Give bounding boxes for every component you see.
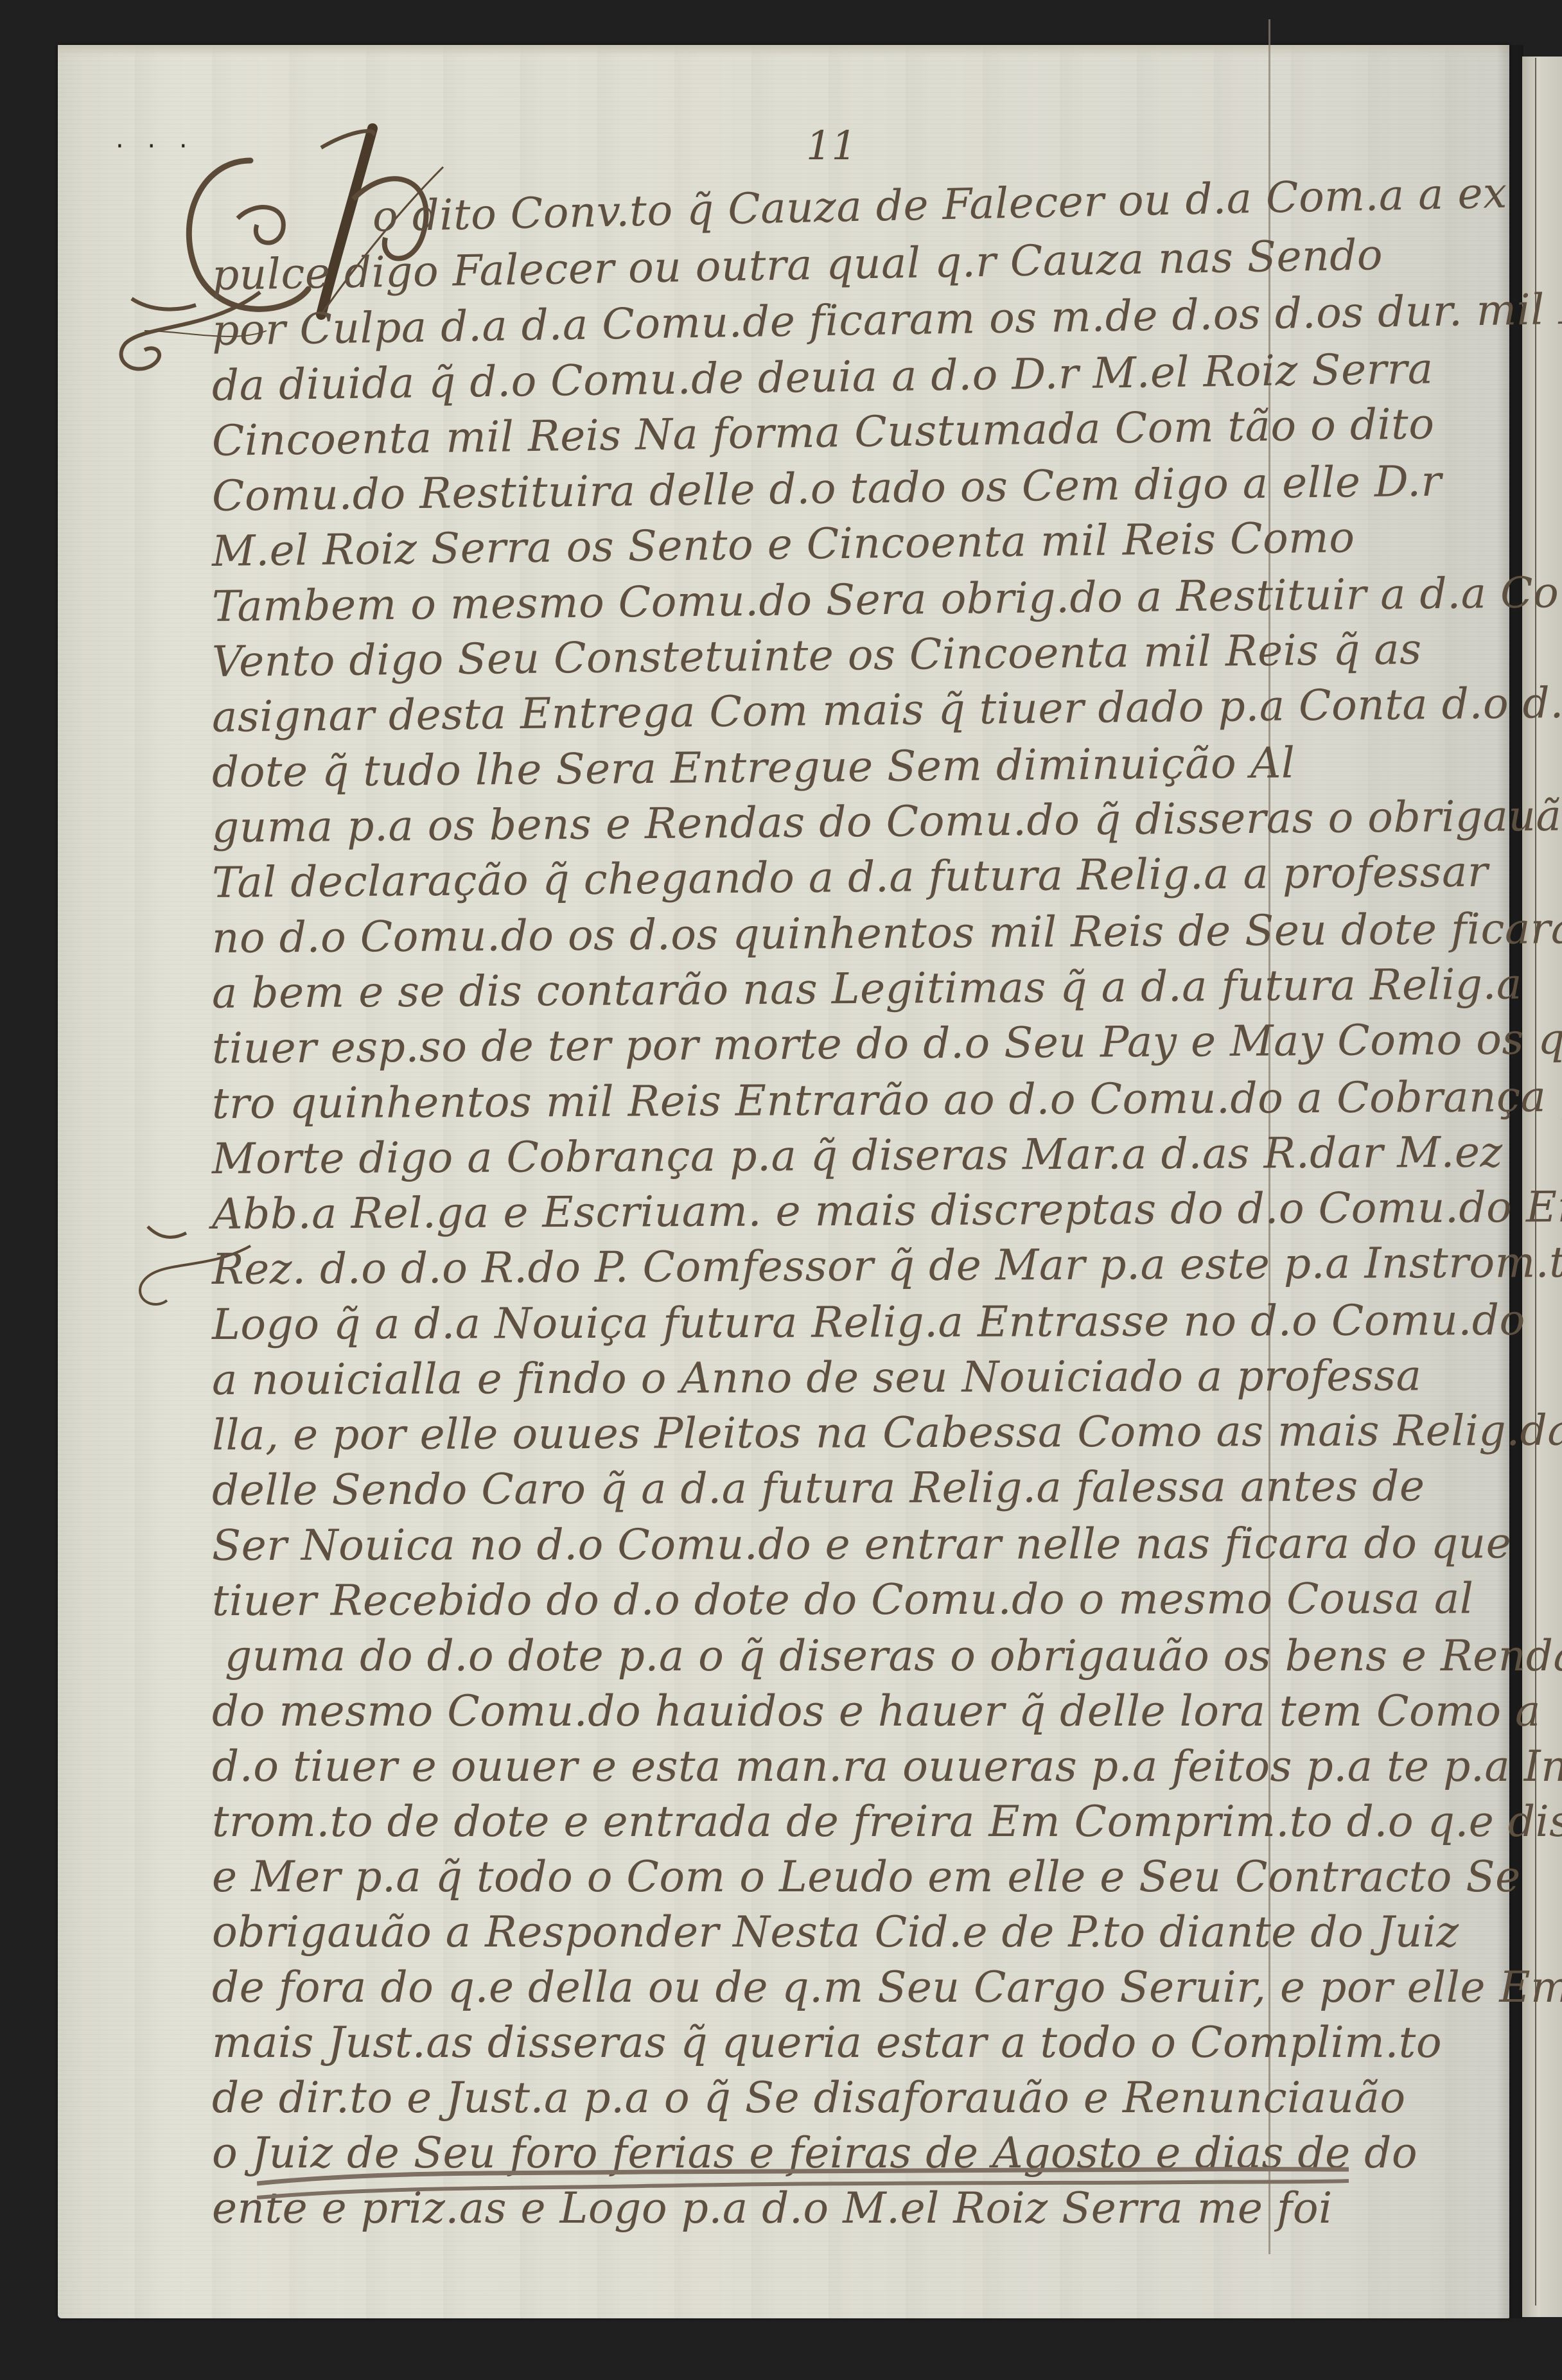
text-line: do mesmo Comu.do hauidos e hauer q̃ dell… [212,1684,1278,1739]
text-line: trom.to de dote e entrada de freira Em C… [212,1794,1278,1850]
text-line: guma do d.o dote p.a o q̃ diseras o obri… [212,1629,1278,1684]
text-line: de dir.to e Just.a p.a o q̃ Se disaforau… [212,2070,1278,2126]
text-line: Rez. d.o d.o R.do P. Comfessor q̃ de Mar… [212,1236,1278,1297]
text-line: a bem e se dis contarão nas Legitimas q̃… [212,958,1279,1021]
text-line: obrigauão a Responder Nesta Cid.e de P.t… [212,1905,1278,1960]
text-line: Ser Nouica no d.o Comu.do e entrar nelle… [212,1516,1278,1573]
text-line: dote q̃ tudo lhe Sera Entregue Sem dimin… [212,736,1279,800]
manuscript-scan: · · · 11 o dito Conv.to q̃ Cauza de Fale… [0,0,1562,2380]
text-line: Logo q̃ a d.a Nouiça futura Relig.a Entr… [212,1293,1278,1352]
text-line: d.o tiuer e ouuer e esta man.ra ouueras … [212,1739,1278,1794]
text-line: delle Sendo Caro q̃ a d.a futura Relig.a… [212,1459,1278,1518]
folio-number: 11 [806,122,857,169]
text-line: Morte digo a Cobrança p.a q̃ diseras Mar… [212,1126,1278,1187]
text-line: Tal declaração q̃ chegando a d.a futura … [212,846,1279,911]
text-line: mais Just.as disseras q̃ queria estar a … [212,2015,1278,2070]
text-line: tiuer esp.so de ter por morte do d.o Seu… [212,1013,1279,1076]
page-edge [58,45,1509,57]
closing-double-rule [257,2158,1349,2209]
text-line: tro quinhentos mil Reis Entrarão ao d.o … [212,1071,1278,1132]
text-line: Abb.a Rel.ga e Escriuam. e mais discrept… [212,1181,1278,1242]
text-line: de fora do q.e della ou de q.m Seu Cargo… [212,1960,1278,2015]
text-line: no d.o Comu.do os d.os quinhentos mil Re… [212,903,1279,966]
text-line: asignar desta Entrega Com mais q̃ tiuer … [212,679,1279,745]
text-line: tiuer Recebido do d.o dote do Comu.do o … [212,1571,1278,1629]
text-line: lla, e por elle ouues Pleitos na Cabessa… [212,1404,1278,1463]
text-line: e Mer p.a q̃ todo o Com o Leudo em elle … [212,1850,1278,1905]
text-line: a nouicialla e findo o Anno de seu Nouic… [212,1349,1278,1408]
manuscript-text: o dito Conv.to q̃ Cauza de Falecer ou d.… [212,193,1278,2236]
text-line: guma p.a os bens e Rendas do Comu.do q̃ … [212,791,1279,855]
